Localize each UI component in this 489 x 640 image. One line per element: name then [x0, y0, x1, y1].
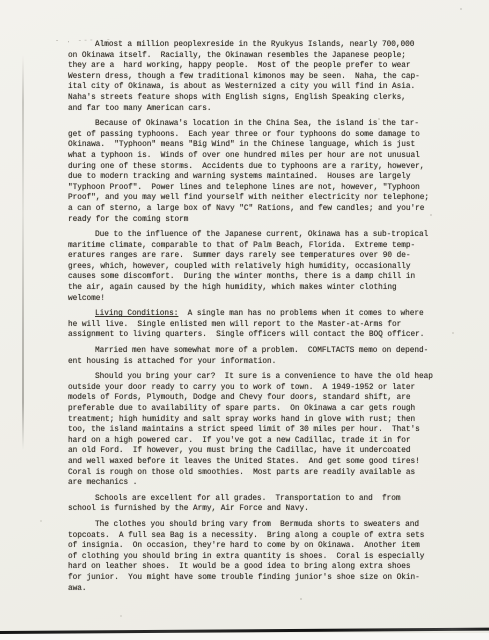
- scan-speckles: [0, 0, 2, 2]
- paragraph-4: Living Conditions: A single man has no p…: [68, 309, 448, 341]
- document-body: Almost a million peoplexreside in the Ry…: [68, 40, 448, 599]
- paragraph-7: Schools are excellent for all grades. Tr…: [68, 494, 448, 515]
- living-conditions-heading: Living Conditions:: [95, 310, 178, 318]
- paragraph-6: Should you bring your car? It sure is a …: [68, 372, 448, 489]
- paragraph-5: Married men have somewhat more of a prob…: [68, 346, 448, 367]
- paragraph-1: Almost a million peoplexreside in the Ry…: [68, 40, 448, 114]
- paragraph-2: Because of Okinawa's location in the Chi…: [68, 119, 448, 225]
- paragraph-8: The clothes you should bring vary from B…: [68, 520, 448, 594]
- left-fold-mark: [22, 55, 24, 450]
- scanned-page: - . --- .- Almost a million peoplexresid…: [0, 0, 489, 640]
- paragraph-3: Due to the influence of the Japanese cur…: [68, 230, 448, 304]
- bottom-edge-strip: [0, 633, 489, 640]
